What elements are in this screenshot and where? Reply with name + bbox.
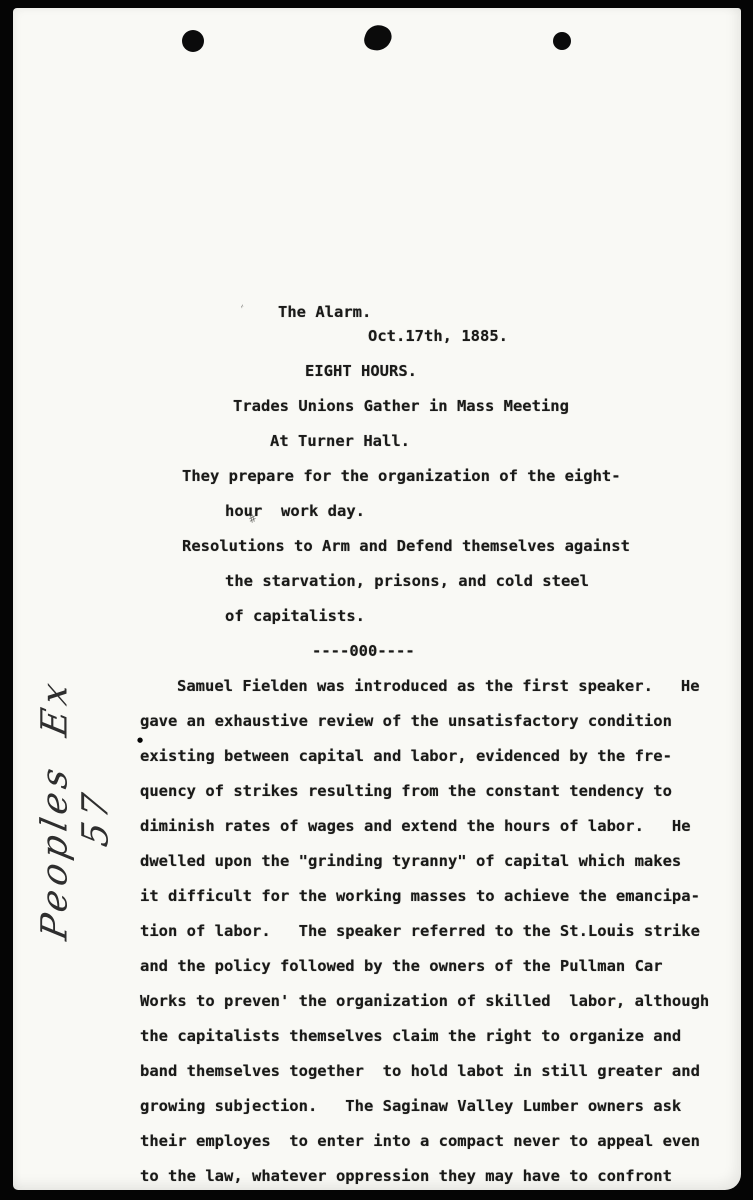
text-line-body-3: existing between capital and labor, evid… — [140, 749, 672, 765]
text-line-title: The Alarm. — [278, 305, 371, 321]
text-line-subhead-7: of capitalists. — [225, 609, 365, 625]
text-line-subhead-1: Trades Unions Gather in Mass Meeting — [233, 399, 569, 415]
text-line-body-8: tion of labor. The speaker referred to t… — [140, 924, 700, 940]
text-line-subhead-6: the starvation, prisons, and cold steel — [225, 574, 589, 590]
text-line-divider: ----000---- — [312, 644, 415, 660]
text-line-subhead-3: They prepare for the organization of the… — [182, 469, 621, 485]
text-line-body-2: gave an exhaustive review of the unsatis… — [140, 714, 672, 730]
text-line-body-6: dwelled upon the "grinding tyranny" of c… — [140, 854, 681, 870]
text-line-body-12: band themselves together to hold labot i… — [140, 1064, 700, 1080]
ink-blot-left-margin: ● — [137, 737, 143, 744]
text-line-date: Oct.17th, 1885. — [368, 329, 508, 345]
text-line-headline: EIGHT HOURS. — [305, 364, 417, 380]
text-line-body-1: Samuel Fielden was introduced as the fir… — [177, 679, 700, 695]
text-line-body-7: it difficult for the working masses to a… — [140, 889, 700, 905]
text-line-body-15: to the law, whatever oppression they may… — [140, 1169, 672, 1185]
punch-hole-center — [362, 22, 395, 55]
text-line-body-14: their employes to enter into a compact n… — [140, 1134, 700, 1150]
text-line-body-13: growing subjection. The Saginaw Valley L… — [140, 1099, 681, 1115]
page-content: Peoples Ex 57 The Alarm.Oct.17th, 1885.E… — [0, 0, 753, 1200]
text-line-subhead-2: At Turner Hall. — [270, 434, 410, 450]
text-line-body-11: the capitalists themselves claim the rig… — [140, 1029, 681, 1045]
punch-hole-right — [553, 32, 571, 50]
text-line-body-4: quency of strikes resulting from the con… — [140, 784, 672, 800]
handwritten-note-text: Peoples Ex 57 — [35, 675, 117, 944]
text-line-body-5: diminish rates of wages and extend the h… — [140, 819, 691, 835]
text-line-subhead-5: Resolutions to Arm and Defend themselves… — [182, 539, 630, 555]
text-line-body-10: Works to preven' the organization of ski… — [140, 994, 709, 1010]
handwritten-exhibit-note: Peoples Ex 57 — [35, 640, 90, 982]
pencil-scribble-above-title: ″ — [240, 303, 251, 313]
scan-background: Peoples Ex 57 The Alarm.Oct.17th, 1885.E… — [0, 0, 753, 1200]
text-line-body-9: and the policy followed by the owners of… — [140, 959, 663, 975]
punch-hole-left — [182, 30, 204, 52]
